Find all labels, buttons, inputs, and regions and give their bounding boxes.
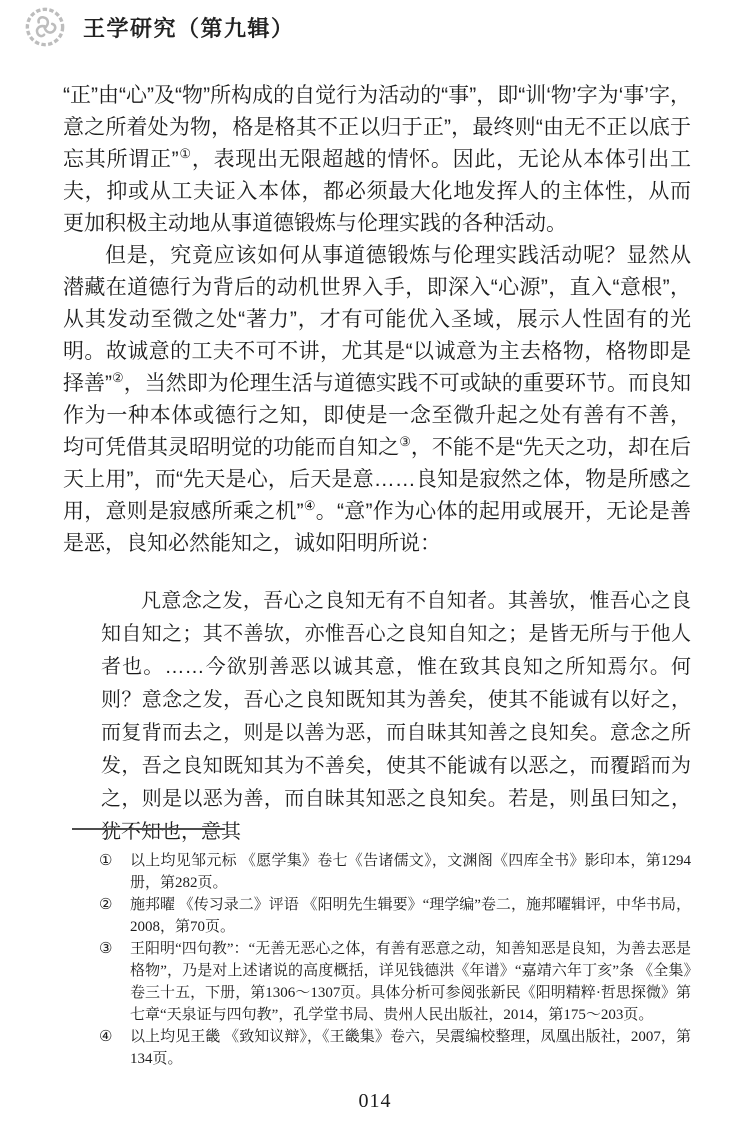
footnote-separator <box>72 828 225 830</box>
footnote-text: 施邦曜 《传习录二》评语 《阳明先生辑要》“理学编”卷二，施邦曜辑评，中华书局，… <box>130 894 691 938</box>
body-paragraph: “正”由“心”及“物”所构成的自觉行为活动的“事”，即“训‘物’字为‘事’字，意… <box>63 80 691 240</box>
footnote-marker: ④ <box>99 1026 130 1070</box>
footnote-text: 以上均见邹元标 《愿学集》卷七《告诸儒文》，文渊阁《四库全书》影印本，第1294… <box>130 850 691 894</box>
footnote-block: ①以上均见邹元标 《愿学集》卷七《告诸儒文》，文渊阁《四库全书》影印本，第129… <box>63 828 691 1070</box>
body-paragraph: 但是，究竟应该如何从事道德锻炼与伦理实践活动呢？显然从潜藏在道德行为背后的动机世… <box>63 240 691 560</box>
footnote-ref: ④ <box>304 498 316 513</box>
footnote-ref: ② <box>112 370 124 385</box>
cloud-swirl-logo-icon <box>24 6 66 48</box>
footnote-item: ③王阳明“四句教”：“无善无恶心之体，有善有恶意之动，知善知恶是良知，为善去恶是… <box>63 938 691 1026</box>
footnote-ref: ① <box>179 146 192 161</box>
running-head-title: 王学研究（第九辑） <box>83 12 295 43</box>
page-number: 014 <box>0 1090 750 1113</box>
footnote-item: ①以上均见邹元标 《愿学集》卷七《告诸儒文》，文渊阁《四库全书》影印本，第129… <box>63 850 691 894</box>
block-quote: 凡意念之发，吾心之良知无有不自知者。其善欤，惟吾心之良知自知之；其不善欤，亦惟吾… <box>101 585 691 849</box>
footnote-marker: ③ <box>99 938 130 1026</box>
body-paragraphs: “正”由“心”及“物”所构成的自觉行为活动的“事”，即“训‘物’字为‘事’字，意… <box>63 80 691 560</box>
footnote-marker: ① <box>99 850 130 894</box>
footnote-item: ④以上均见王畿 《致知议辩》，《王畿集》卷六，吴震编校整理，凤凰出版社，2007… <box>63 1026 691 1070</box>
footnote-text: 王阳明“四句教”：“无善无恶心之体，有善有恶意之动，知善知恶是良知，为善去恶是格… <box>130 938 691 1026</box>
main-content: “正”由“心”及“物”所构成的自觉行为活动的“事”，即“训‘物’字为‘事’字，意… <box>63 80 691 849</box>
footnote-ref: ③ <box>399 434 411 449</box>
page-header: 王学研究（第九辑） <box>24 6 295 48</box>
footnote-marker: ② <box>99 894 130 938</box>
footnote-item: ②施邦曜 《传习录二》评语 《阳明先生辑要》“理学编”卷二，施邦曜辑评，中华书局… <box>63 894 691 938</box>
footnote-list: ①以上均见邹元标 《愿学集》卷七《告诸儒文》，文渊阁《四库全书》影印本，第129… <box>63 850 691 1070</box>
book-page: 王学研究（第九辑） “正”由“心”及“物”所构成的自觉行为活动的“事”，即“训‘… <box>0 0 750 1125</box>
footnote-text: 以上均见王畿 《致知议辩》，《王畿集》卷六，吴震编校整理，凤凰出版社，2007，… <box>130 1026 691 1070</box>
